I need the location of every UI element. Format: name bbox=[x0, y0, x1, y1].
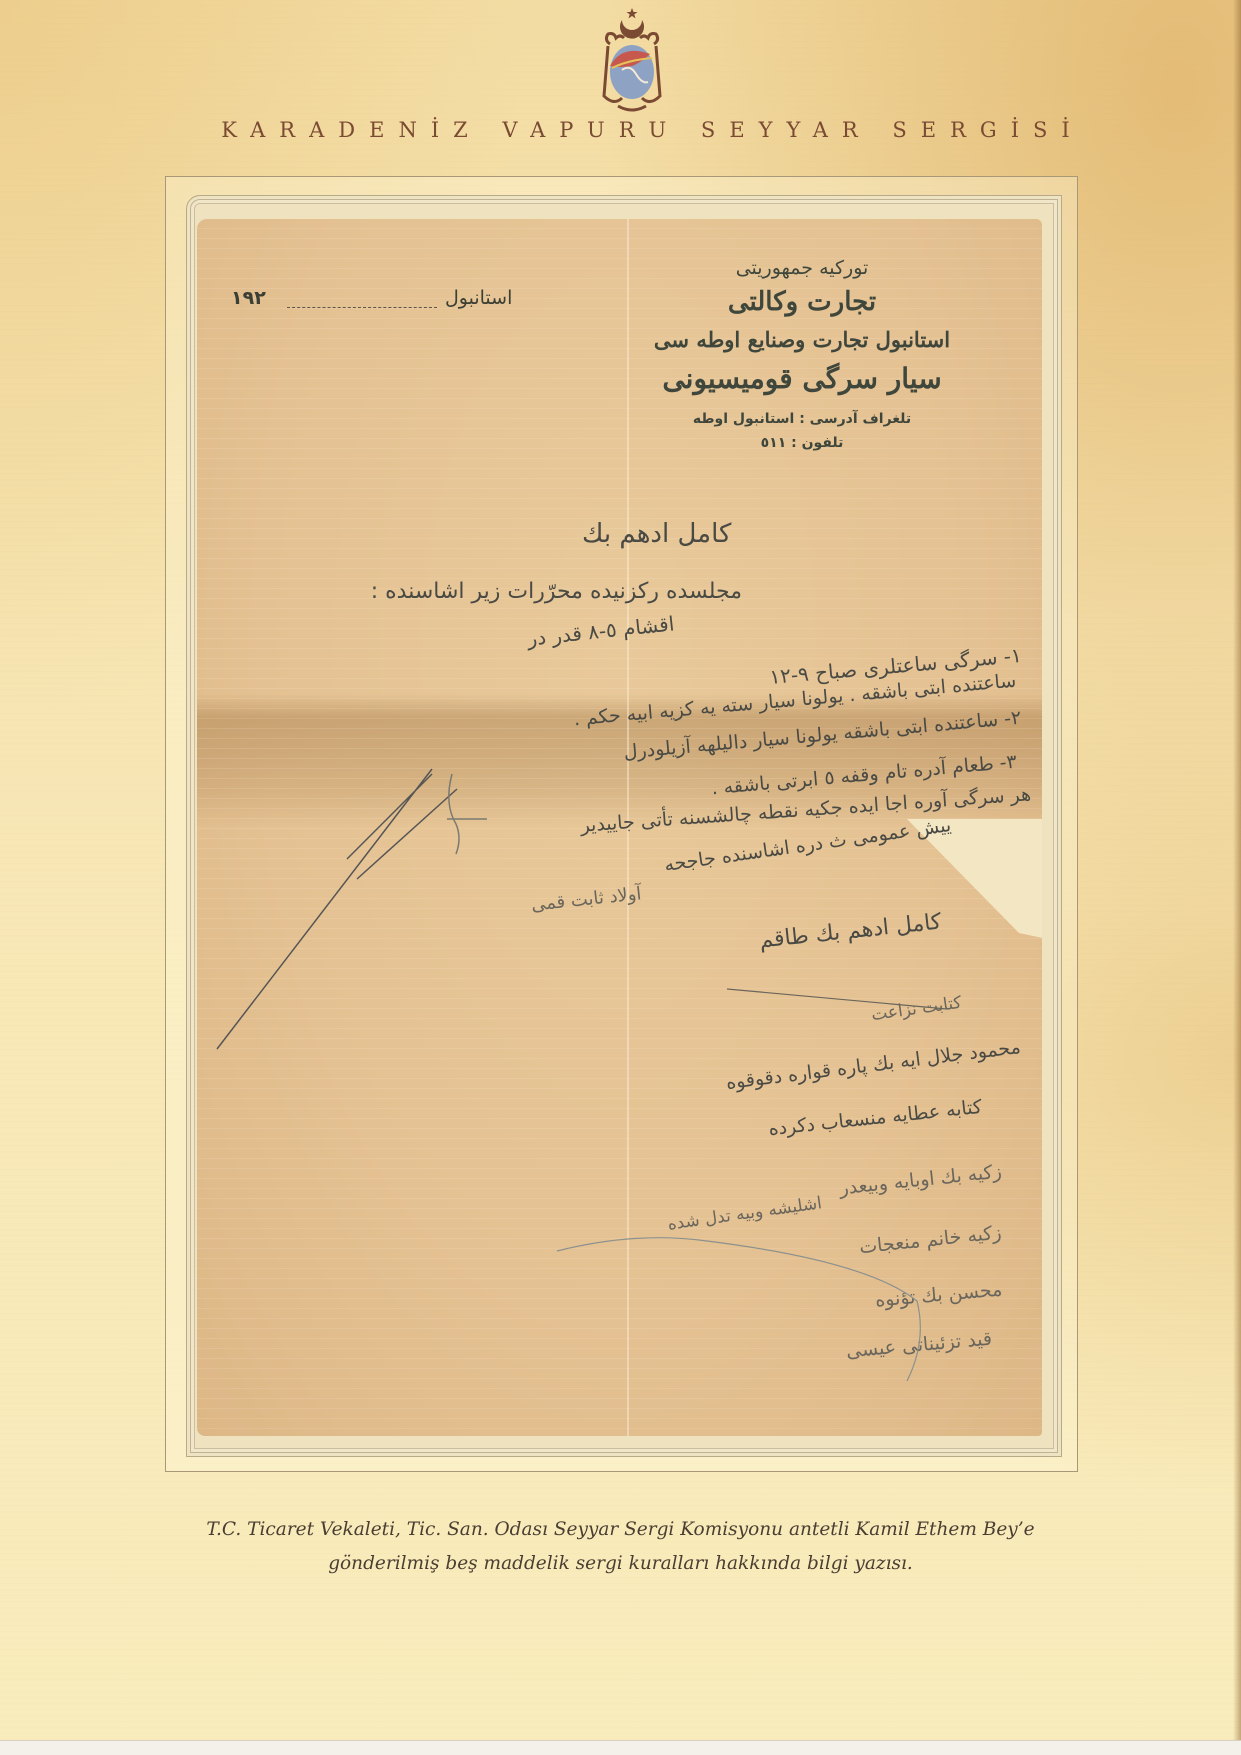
letterhead: توركيه جمهوريتى تجارت وكالتى استانبول تج… bbox=[632, 254, 972, 454]
letterhead-republic: توركيه جمهوريتى bbox=[632, 254, 972, 282]
letterhead-commission: سيار سرگى قوميسيونى bbox=[632, 358, 972, 400]
page-edge-shadow bbox=[1233, 0, 1241, 1755]
letterhead-telegraph: تلغراف آدرسى : استانبول اوطه bbox=[632, 406, 972, 432]
letterhead-phone: تلفون : ٥١١ bbox=[632, 432, 972, 454]
date-city: استانبول bbox=[445, 287, 512, 309]
letterhead-chamber: استانبول تجارت وصنايع اوطه سى bbox=[632, 322, 972, 358]
handwritten-intro: مجلسده ركزنيده محرّرات زير اشاسنده : bbox=[371, 579, 742, 604]
exhibition-title: KARADENİZ VAPURU SEYYAR SERGİSİ bbox=[0, 118, 1241, 142]
caption-line-1: T.C. Ticaret Vekaleti, Tic. San. Odası S… bbox=[0, 1513, 1241, 1547]
letterhead-ministry: تجارت وكالتى bbox=[632, 282, 972, 322]
photo-caption: T.C. Ticaret Vekaleti, Tic. San. Odası S… bbox=[0, 1513, 1241, 1581]
caption-line-2: gönderilmiş beş maddelik sergi kuralları… bbox=[0, 1547, 1241, 1581]
historical-letter: ۱۹۲ استانبول توركيه جمهوريتى تجارت وكالت… bbox=[197, 219, 1042, 1436]
handwritten-addressee: كامل ادهم بك bbox=[582, 519, 731, 549]
date-dotted-line bbox=[287, 307, 437, 308]
date-year: ۱۹۲ bbox=[231, 287, 266, 309]
scan-bottom-edge bbox=[0, 1740, 1241, 1755]
karadeniz-ship-crest-icon bbox=[592, 6, 672, 114]
